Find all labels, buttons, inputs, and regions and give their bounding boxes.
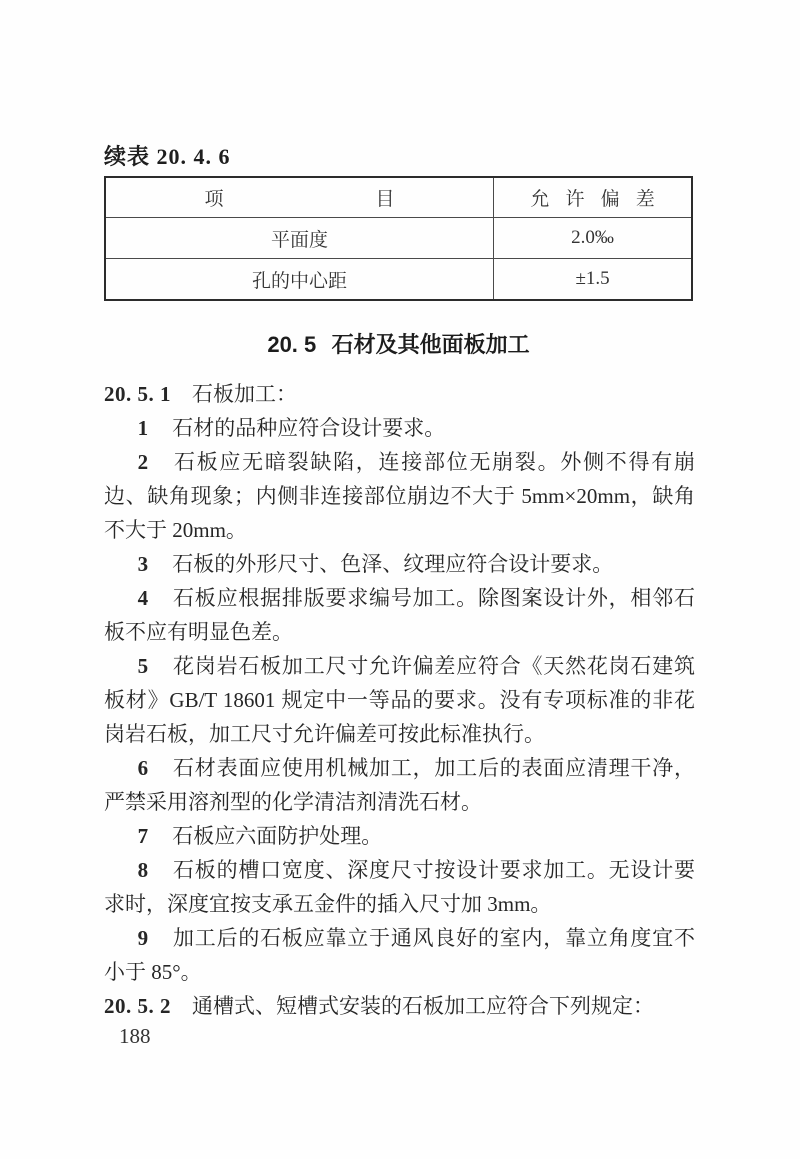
list-item: 2石板应无暗裂缺陷，连接部位无崩裂。外侧不得有崩边、缺角现象；内侧非连接部位崩边…	[104, 445, 695, 547]
list-item: 3石板的外形尺寸、色泽、纹理应符合设计要求。	[104, 547, 695, 581]
table-header-tolerance-label: 允许偏差	[530, 189, 671, 210]
item-number: 2	[138, 450, 149, 474]
section-number: 20. 5	[267, 332, 316, 357]
table-header-row: 项目 允许偏差	[105, 177, 692, 218]
item-text: 石板应六面防护处理。	[172, 824, 382, 848]
table-row: 孔的中心距 ±1.5	[105, 259, 692, 301]
clause-20-5-2: 20. 5. 2通槽式、短槽式安装的石板加工应符合下列规定：	[104, 989, 695, 1023]
item-text: 石板的外形尺寸、色泽、纹理应符合设计要求。	[172, 552, 613, 576]
list-item: 5花岗岩石板加工尺寸允许偏差应符合《天然花岗石建筑板材》GB/T 18601 规…	[104, 649, 695, 751]
item-text: 加工后的石板应靠立于通风良好的室内，靠立角度宜不小于 85°。	[104, 926, 695, 984]
item-text: 石板的槽口宽度、深度尺寸按设计要求加工。无设计要求时，深度宜按支承五金件的插入尺…	[104, 858, 695, 916]
table-cell-item: 平面度	[105, 218, 494, 259]
body-text: 20. 5. 1石板加工： 1石材的品种应符合设计要求。 2石板应无暗裂缺陷，连…	[104, 377, 695, 1023]
clause-20-5-1: 20. 5. 1石板加工：	[104, 377, 695, 411]
section-heading: 20. 5石材及其他面板加工	[104, 328, 693, 359]
tolerance-table: 项目 允许偏差 平面度 2.0‰ 孔的中心距 ±1.5	[104, 176, 693, 301]
table-cell-item: 孔的中心距	[105, 259, 494, 301]
clause-text: 石板加工：	[192, 382, 297, 406]
clause-text: 通槽式、短槽式安装的石板加工应符合下列规定：	[192, 994, 654, 1018]
list-item: 1石材的品种应符合设计要求。	[104, 411, 695, 445]
item-number: 5	[138, 654, 149, 678]
table-header-item-label: 项目	[205, 189, 547, 210]
list-item: 8石板的槽口宽度、深度尺寸按设计要求加工。无设计要求时，深度宜按支承五金件的插入…	[104, 853, 695, 921]
document-page: 续表 20. 4. 6 项目 允许偏差 平面度 2.0‰ 孔的中心距 ±1.5	[0, 0, 800, 1159]
item-number: 4	[138, 586, 149, 610]
table-row: 平面度 2.0‰	[105, 218, 692, 259]
clause-number: 20. 5. 1	[104, 382, 171, 406]
clause-number: 20. 5. 2	[104, 994, 171, 1018]
section-title: 石材及其他面板加工	[332, 332, 530, 357]
item-number: 9	[138, 926, 149, 950]
item-text: 花岗岩石板加工尺寸允许偏差应符合《天然花岗石建筑板材》GB/T 18601 规定…	[104, 654, 695, 746]
item-text: 石板应无暗裂缺陷，连接部位无崩裂。外侧不得有崩边、缺角现象；内侧非连接部位崩边不…	[104, 450, 695, 542]
item-number: 1	[138, 416, 149, 440]
item-number: 3	[138, 552, 149, 576]
item-number: 7	[138, 824, 149, 848]
continued-table-label: 续表 20. 4. 6	[104, 140, 231, 171]
table-cell-tolerance: ±1.5	[494, 259, 692, 301]
item-number: 6	[138, 756, 149, 780]
page-number: 188	[119, 1024, 151, 1049]
table-header-item: 项目	[105, 177, 494, 218]
table-cell-tolerance: 2.0‰	[494, 218, 692, 259]
list-item: 6石材表面应使用机械加工，加工后的表面应清理干净，严禁采用溶剂型的化学清洁剂清洗…	[104, 751, 695, 819]
list-item: 4石板应根据排版要求编号加工。除图案设计外，相邻石板不应有明显色差。	[104, 581, 695, 649]
item-number: 8	[138, 858, 149, 882]
list-item: 7石板应六面防护处理。	[104, 819, 695, 853]
item-text: 石材表面应使用机械加工，加工后的表面应清理干净，严禁采用溶剂型的化学清洁剂清洗石…	[104, 756, 695, 814]
list-item: 9加工后的石板应靠立于通风良好的室内，靠立角度宜不小于 85°。	[104, 921, 695, 989]
item-text: 石板应根据排版要求编号加工。除图案设计外，相邻石板不应有明显色差。	[104, 586, 695, 644]
item-text: 石材的品种应符合设计要求。	[172, 416, 445, 440]
